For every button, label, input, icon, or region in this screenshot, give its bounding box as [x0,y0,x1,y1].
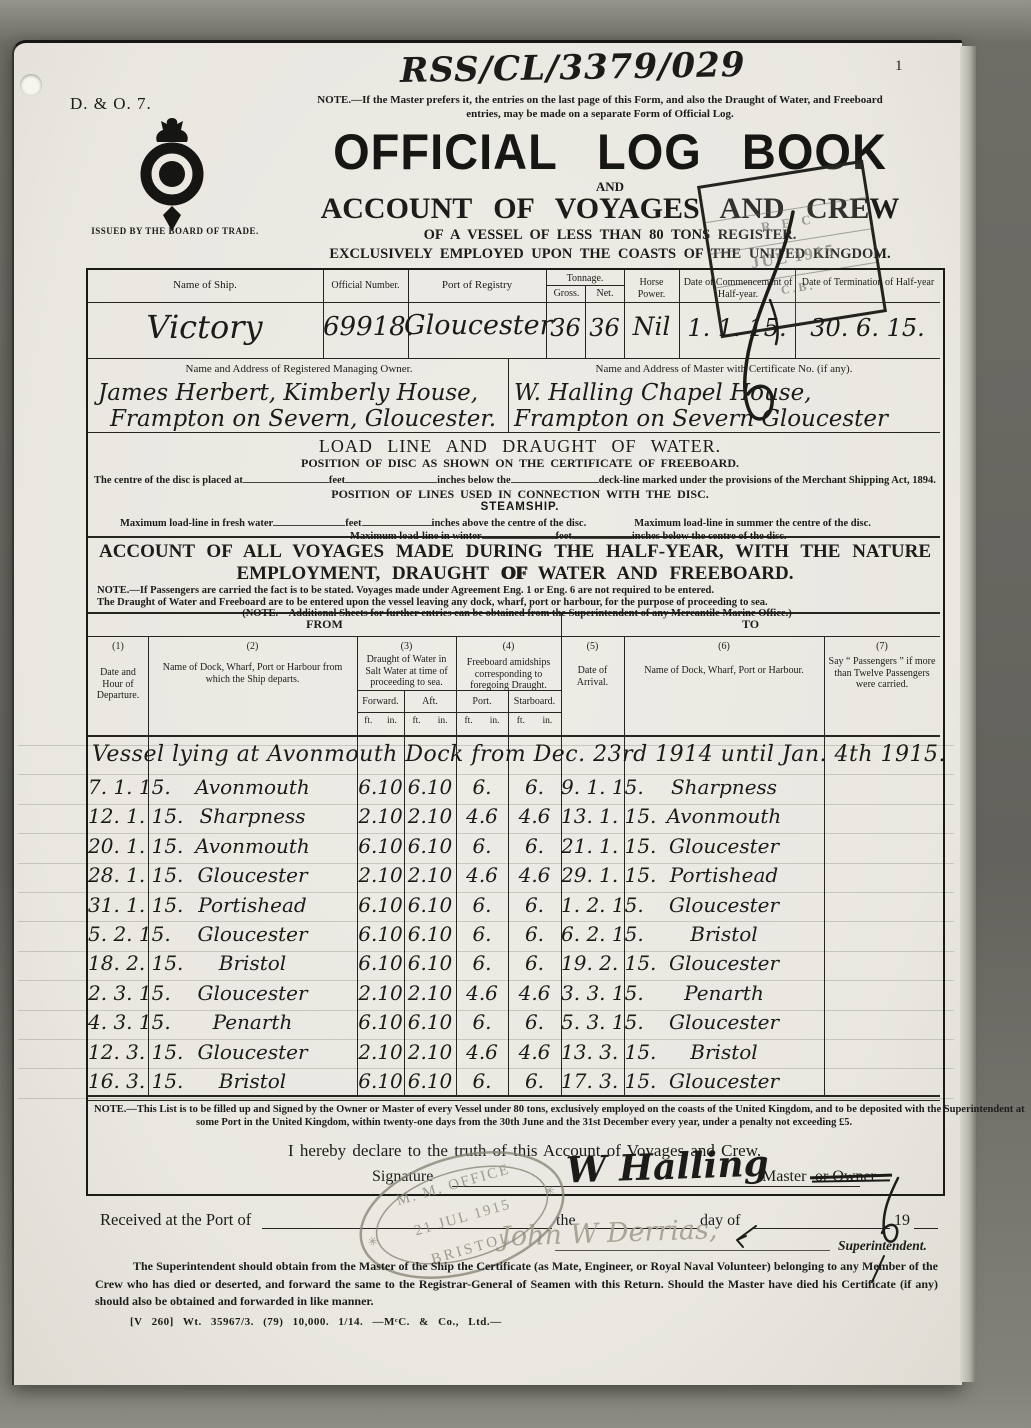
ink-marks [0,0,1031,1428]
scanned-document: RSS/CL/3379/029 1 D. & O. 7. NOTE.—If th… [0,0,1031,1428]
